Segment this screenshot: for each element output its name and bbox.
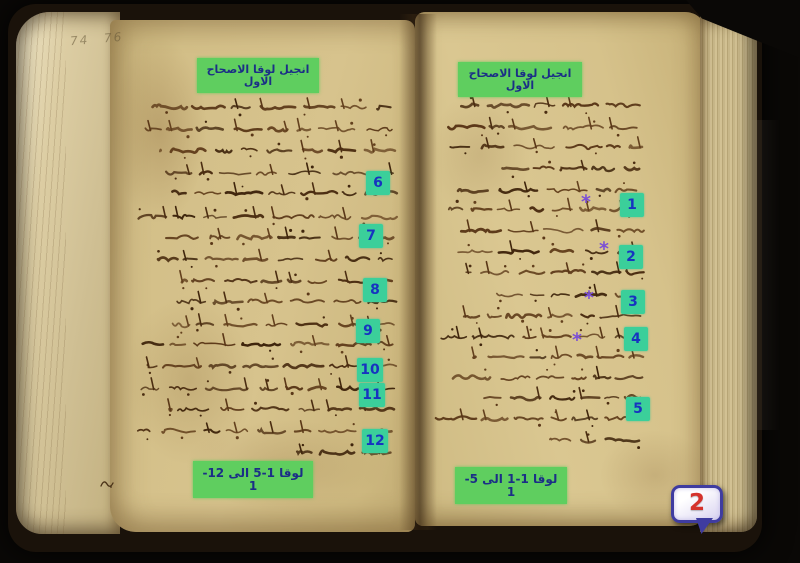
verse-marker-4: 4 xyxy=(624,327,648,351)
verse-marker-7: 7 xyxy=(359,224,383,248)
verse-marker-10: 10 xyxy=(357,358,383,382)
page-number: 2 xyxy=(674,488,720,518)
page-number-callout[interactable]: 2 xyxy=(671,485,723,523)
verse-marker-8: 8 xyxy=(363,278,387,302)
chapter-label-right-page: انجيل لوقا الاصحاح الاول xyxy=(458,62,582,97)
verse-start-asterisk: * xyxy=(572,335,582,345)
verse-marker-6: 6 xyxy=(366,171,390,195)
left-page-edge-stack xyxy=(16,12,120,534)
chapter-label-left-page: انجيل لوقا الاصحاح الاول xyxy=(197,58,319,93)
verse-start-asterisk: * xyxy=(599,244,609,254)
manuscript-scan: 74 76 انجيل لوقا الاصحاح الاول انجيل لوق… xyxy=(0,0,800,563)
right-fore-edge-stack xyxy=(700,16,757,532)
verse-range-label-right-page: لوقا 1-1 الى 5-1 xyxy=(455,467,567,504)
verse-marker-9: 9 xyxy=(356,319,380,343)
verse-marker-11: 11 xyxy=(359,383,385,407)
verse-marker-2: 2 xyxy=(619,245,643,269)
verse-marker-3: 3 xyxy=(621,290,645,314)
verse-marker-5: 5 xyxy=(626,397,650,421)
syriac-handwriting-right-page xyxy=(428,92,656,476)
quire-mark xyxy=(100,477,115,490)
background-streak xyxy=(752,120,780,430)
verse-start-asterisk: * xyxy=(581,197,591,207)
verse-range-label-left-page: لوقا 1-5 الى 12-1 xyxy=(193,461,313,498)
verse-marker-12: 12 xyxy=(362,429,388,453)
verse-marker-1: 1 xyxy=(620,193,644,217)
verse-start-asterisk: * xyxy=(584,293,594,303)
